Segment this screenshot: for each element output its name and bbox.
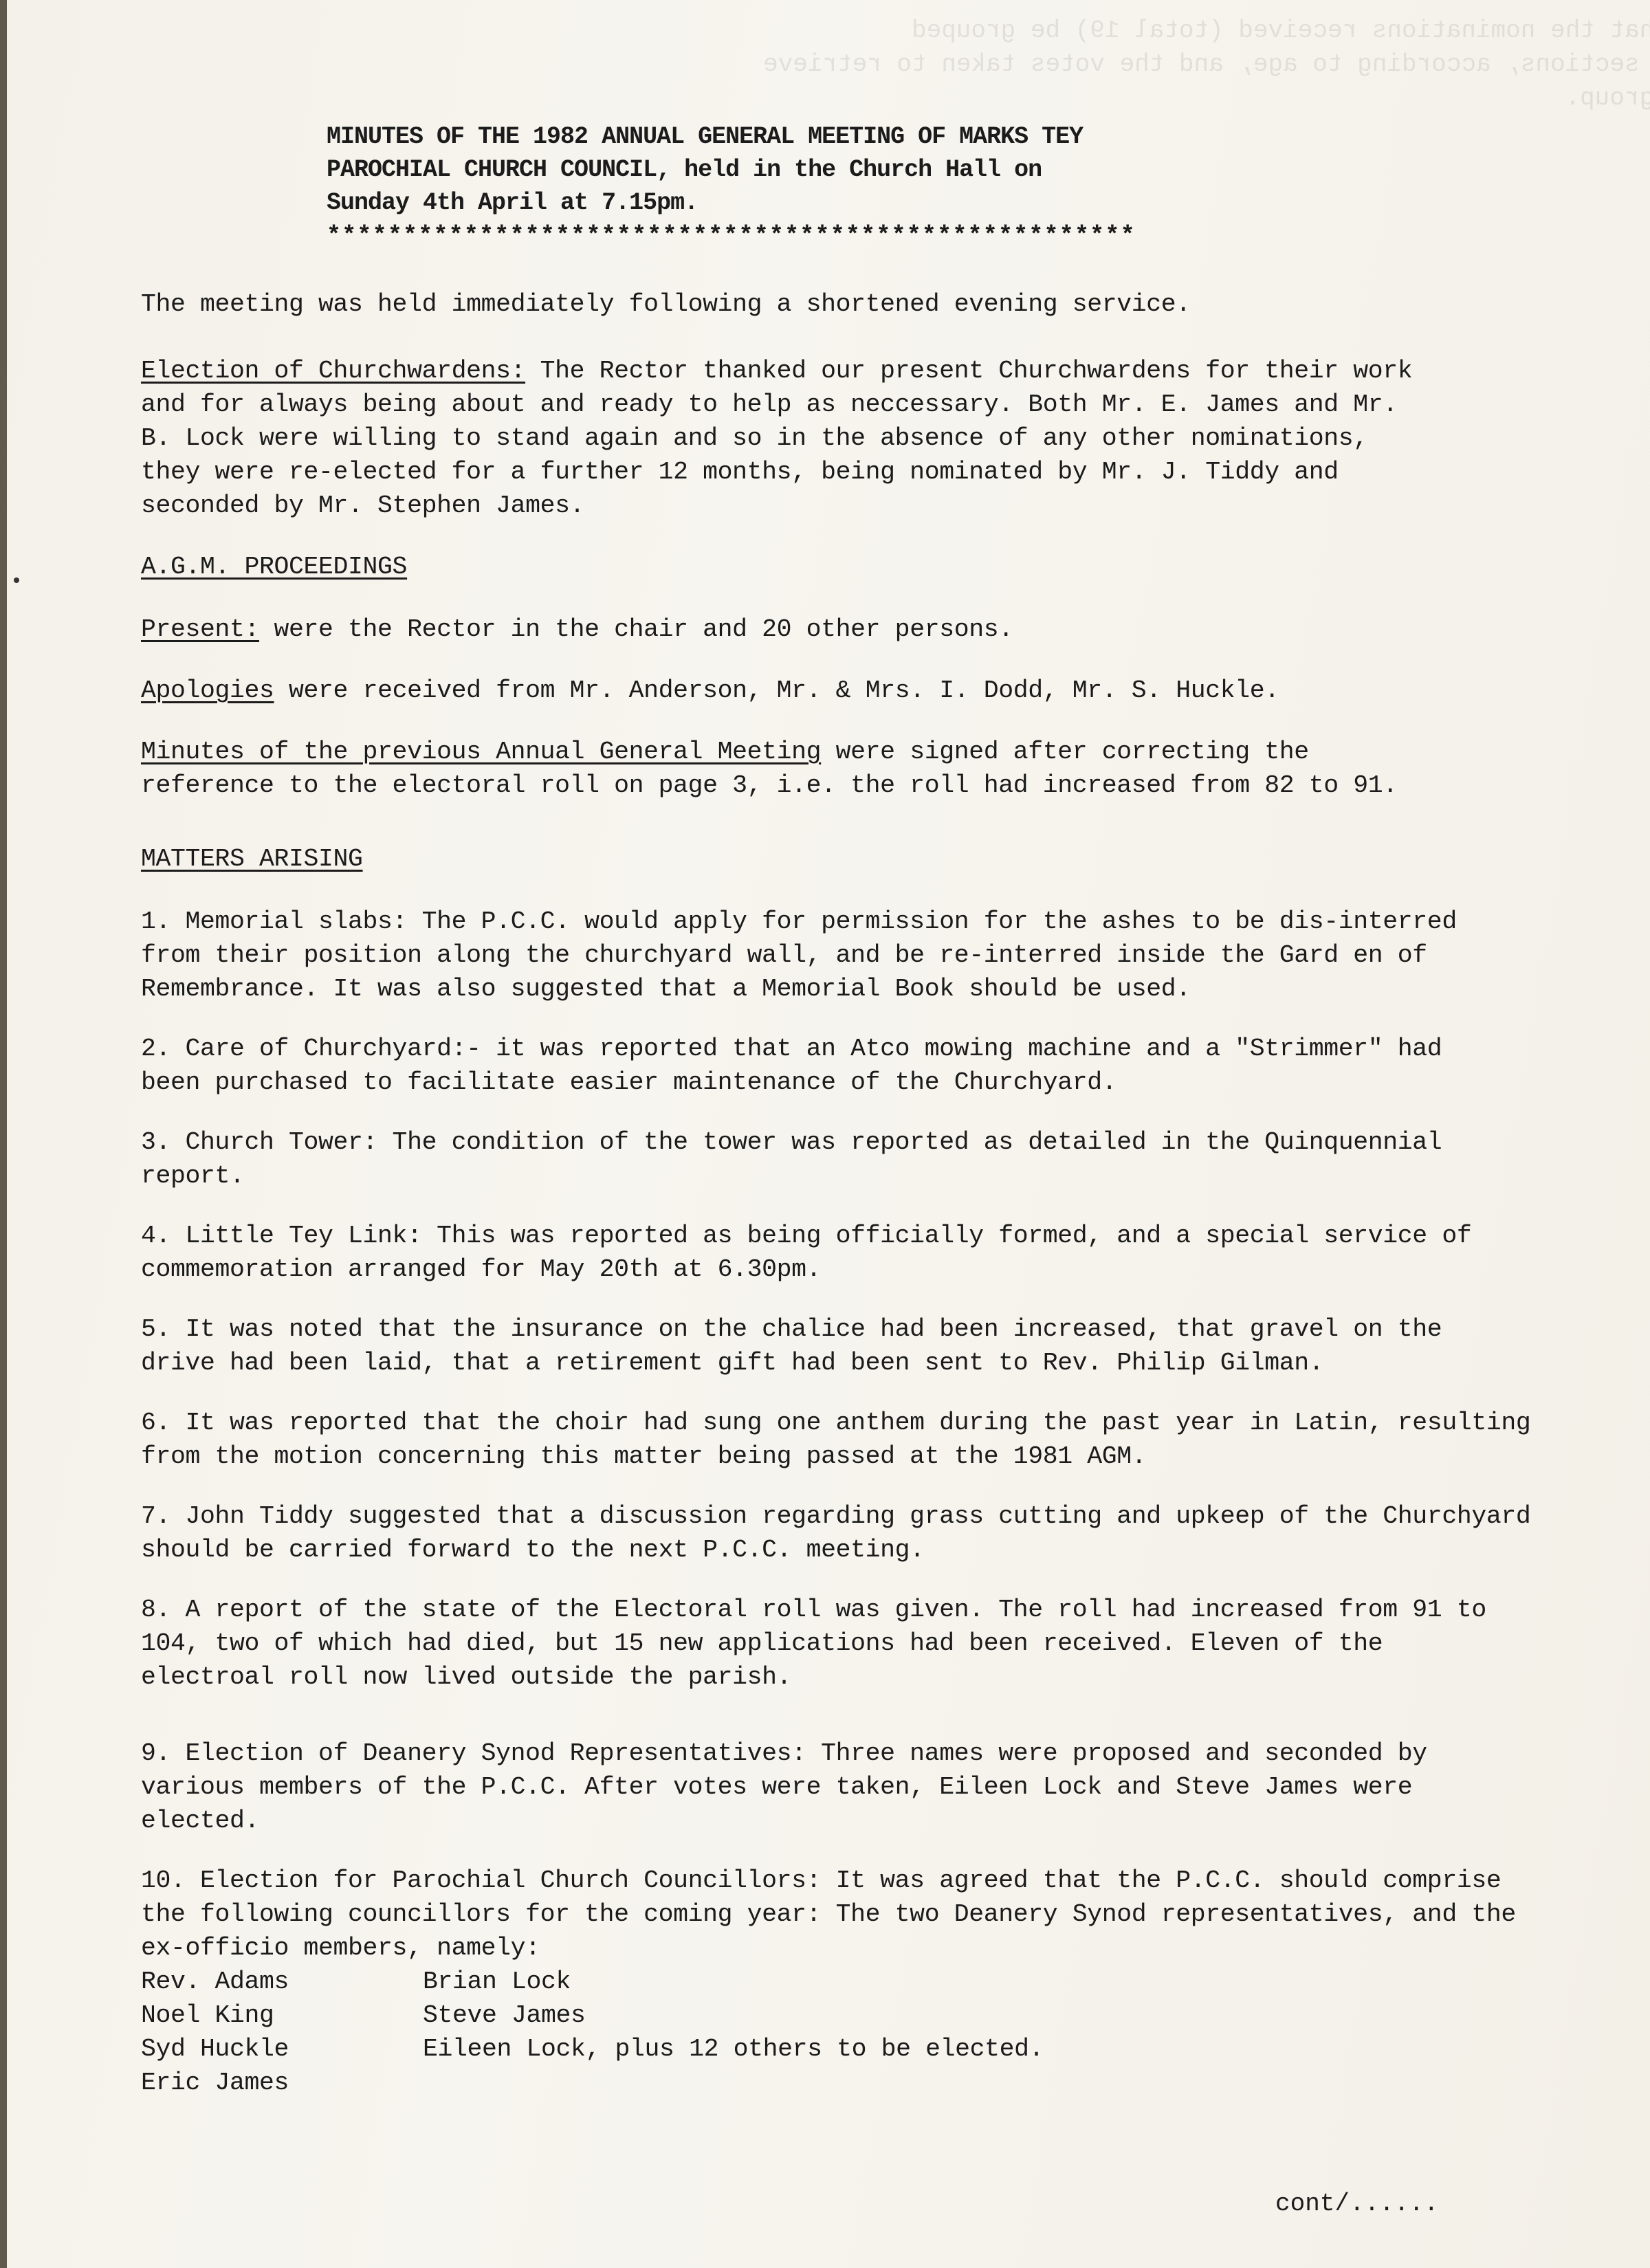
councillor-name <box>423 2066 1557 2100</box>
councillor-name: Syd Huckle <box>141 2032 423 2066</box>
councillor-name: Noel King <box>141 1999 423 2032</box>
matter-item-5: 5. It was noted that the insurance on th… <box>141 1312 1502 1380</box>
councillor-name: Steve James <box>423 1999 1557 2032</box>
present-text: were the Rector in the chair and 20 othe… <box>259 615 1013 643</box>
councillor-name: Eileen Lock, plus 12 others to be electe… <box>423 2032 1557 2066</box>
title-line-2: PAROCHIAL CHURCH COUNCIL, held in the Ch… <box>327 153 1136 186</box>
matter-item-4: 4. Little Tey Link: This was reported as… <box>141 1219 1475 1286</box>
councillor-name: Eric James <box>141 2066 423 2100</box>
matter-item-9: 9. Election of Deanery Synod Representat… <box>141 1737 1488 1838</box>
document-title: MINUTES OF THE 1982 ANNUAL GENERAL MEETI… <box>327 120 1136 252</box>
matter-item-8: 8. A report of the state of the Electora… <box>141 1593 1509 1694</box>
councillor-name: Brian Lock <box>423 1965 1557 1999</box>
councillor-name: Rev. Adams <box>141 1965 423 1999</box>
matter-item-10: 10. Election for Parochial Church Counci… <box>141 1864 1557 1965</box>
matter-item-7: 7. John Tiddy suggested that a discussio… <box>141 1499 1543 1567</box>
matters-heading: MATTERS ARISING <box>141 845 363 873</box>
show-through-text: 11. It was agreed that the nominations r… <box>763 14 1650 115</box>
agm-heading: A.G.M. PROCEEDINGS <box>141 553 407 581</box>
intro-text: The meeting was held immediately followi… <box>141 287 1557 321</box>
continued-marker: cont/...... <box>1275 2190 1439 2218</box>
title-line-3: Sunday 4th April at 7.15pm. <box>327 186 1136 219</box>
intro-paragraph: The meeting was held immediately followi… <box>141 287 1557 321</box>
churchwardens-heading: Election of Churchwardens: <box>141 357 525 385</box>
apologies-text: were received from Mr. Anderson, Mr. & M… <box>274 676 1279 705</box>
document-page: 11. It was agreed that the nominations r… <box>7 0 1650 2268</box>
matter-item-2: 2. Care of Churchyard:- it was reported … <box>141 1032 1468 1099</box>
margin-mark <box>14 577 19 583</box>
matter-item-1: 1. Memorial slabs: The P.C.C. would appl… <box>141 905 1468 1006</box>
churchwardens-section: Election of Churchwardens: The Rector th… <box>141 354 1557 522</box>
present-label: Present: <box>141 615 259 643</box>
minutes-label: Minutes of the previous Annual General M… <box>141 738 821 766</box>
agm-proceedings-section: A.G.M. PROCEEDINGS Present: were the Rec… <box>141 550 1557 802</box>
apologies-label: Apologies <box>141 676 274 705</box>
title-line-1: MINUTES OF THE 1982 ANNUAL GENERAL MEETI… <box>327 120 1136 153</box>
star-divider: ****************************************… <box>327 219 1136 252</box>
councillor-list: Rev. Adams Brian Lock Noel King Steve Ja… <box>141 1965 1557 2100</box>
matter-item-3: 3. Church Tower: The condition of the to… <box>141 1125 1447 1193</box>
matter-item-6: 6. It was reported that the choir had su… <box>141 1406 1557 1473</box>
matters-arising-section: MATTERS ARISING 1. Memorial slabs: The P… <box>141 842 1557 2100</box>
